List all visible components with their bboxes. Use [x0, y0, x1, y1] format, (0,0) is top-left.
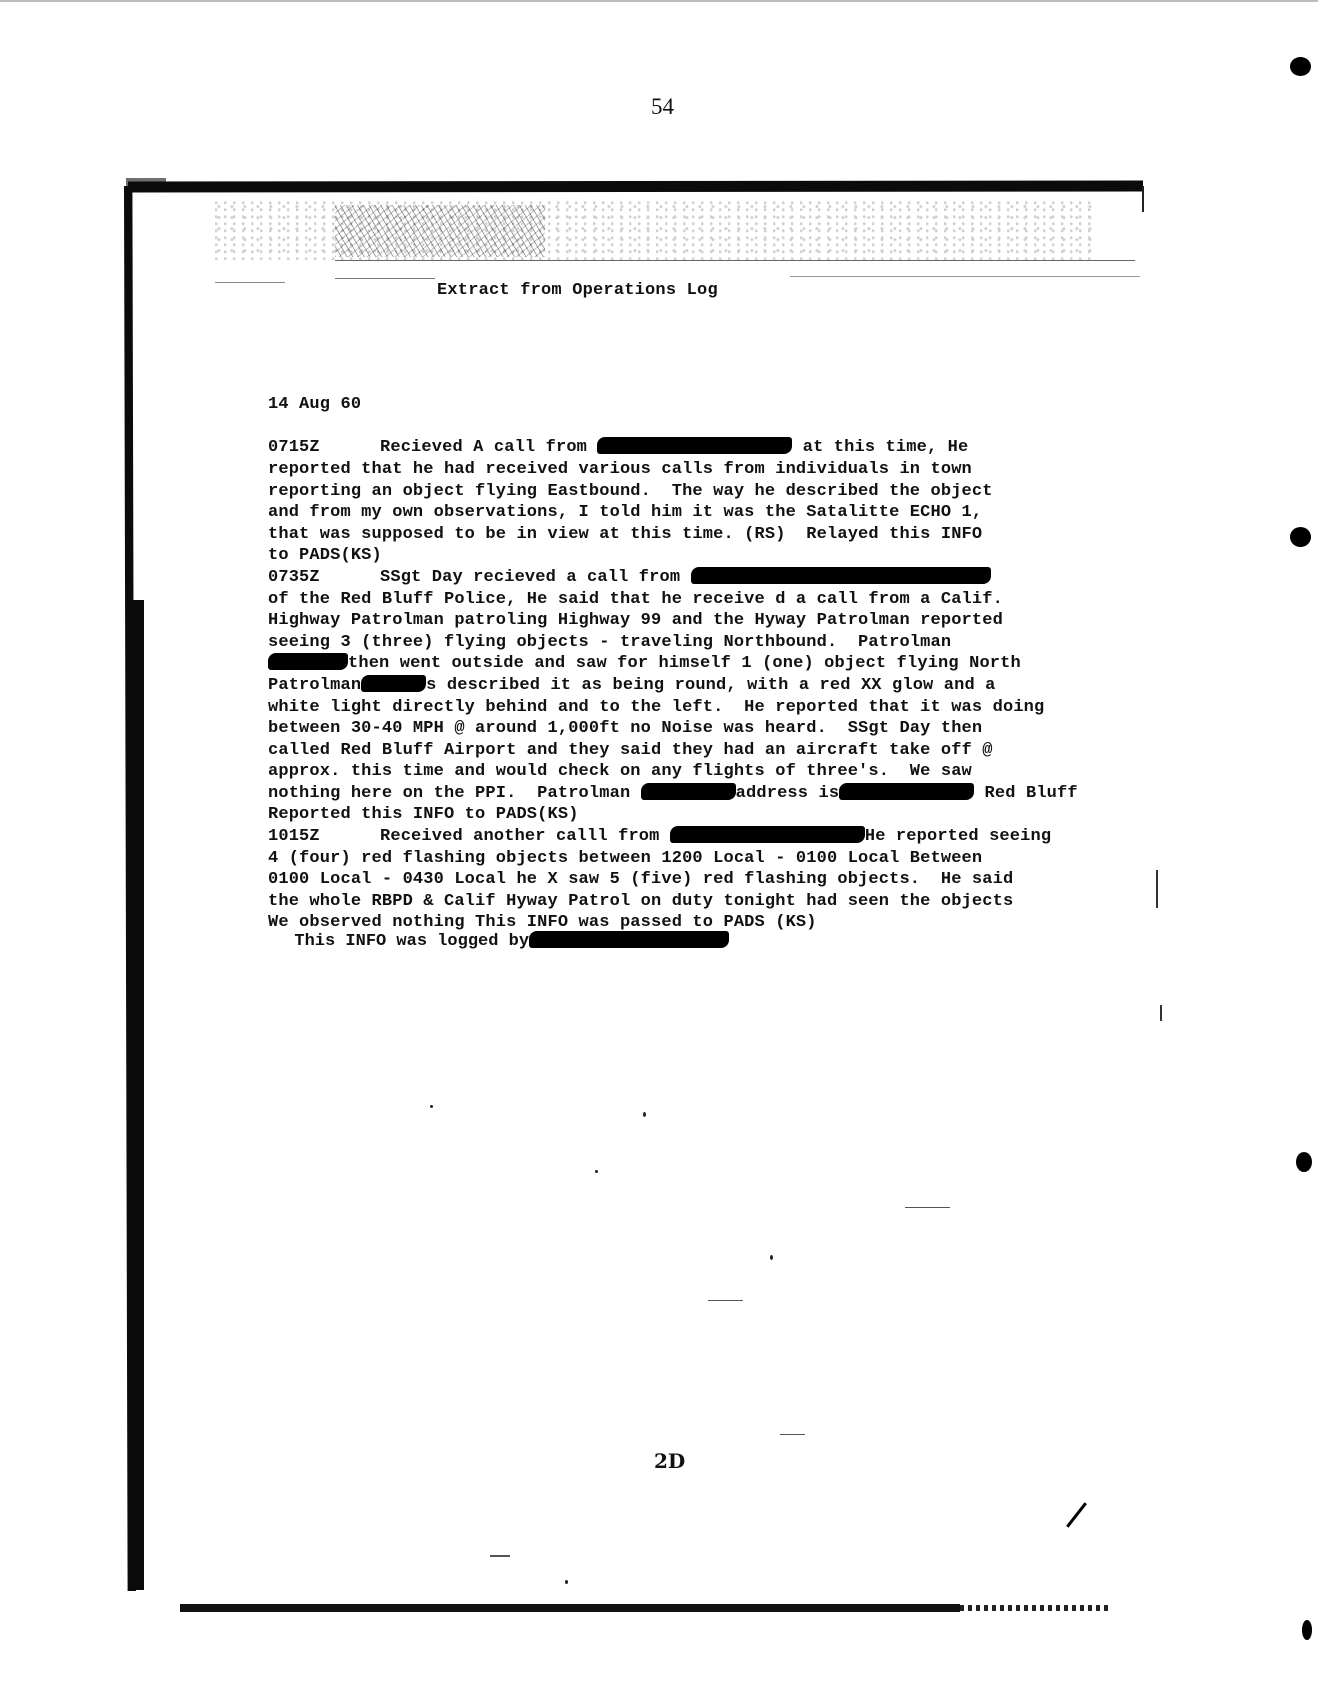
log-entry-line: nothing here on the PPI. Patrolman addre…: [268, 783, 1078, 805]
log-entry-line: Reported this INFO to PADS(KS): [268, 804, 1078, 826]
scan-top-edge: [0, 0, 1318, 2]
log-entry-first-line: 0715ZRecieved A call from at this time, …: [268, 437, 1078, 459]
log-text: of the Red Bluff Police, He said that he…: [268, 590, 1003, 609]
redaction-bar: [529, 931, 729, 948]
header-rule-mid: [335, 278, 435, 279]
log-text: nothing here on the PPI. Patrolman: [268, 784, 641, 803]
log-entry-line: of the Red Bluff Police, He said that he…: [268, 589, 1078, 611]
scan-artifact: [1160, 1005, 1162, 1021]
signature-label: This INFO was logged by: [294, 932, 529, 951]
frame-top-border: [128, 181, 1143, 193]
redaction-bar: [597, 437, 792, 454]
log-text: Reported this INFO to PADS(KS): [268, 805, 579, 824]
document-heading: Extract from Operations Log: [437, 281, 718, 300]
frame-bottom-border: [180, 1604, 960, 1612]
letterhead-obscured: [335, 205, 545, 257]
redaction-bar: [670, 826, 865, 843]
operations-log: 14 Aug 60 0715ZRecieved A call from at t…: [268, 351, 1078, 934]
log-date: 14 Aug 60: [268, 394, 1078, 416]
frame-bottom-border-fade: [960, 1605, 1110, 1611]
scan-dash: [905, 1207, 950, 1208]
log-entry-line: that was supposed to be in view at this …: [268, 524, 1078, 546]
log-text: Received another calll from: [380, 827, 670, 846]
log-entry-line: and from my own observations, I told him…: [268, 502, 1078, 524]
log-text: that was supposed to be in view at this …: [268, 525, 982, 544]
log-entry-time: 0735Z: [268, 567, 380, 589]
log-text: the whole RBPD & Calif Hyway Patrol on d…: [268, 892, 1013, 911]
redaction-bar: [641, 783, 736, 800]
log-entry-line: 4 (four) red flashing objects between 12…: [268, 848, 1078, 870]
log-text: Recieved A call from: [380, 438, 597, 457]
redaction-bar: [268, 653, 348, 670]
handwritten-mark: 2D: [654, 1449, 685, 1473]
scan-speck: [565, 1580, 568, 1584]
log-entry-first-line: 1015ZReceived another calll from He repo…: [268, 826, 1078, 848]
log-text: He reported seeing: [865, 827, 1051, 846]
frame-left-border-lower: [130, 600, 144, 1590]
log-text: approx. this time and would check on any…: [268, 762, 972, 781]
log-entry-time: 1015Z: [268, 826, 380, 848]
log-entry-line: reporting an object flying Eastbound. Th…: [268, 481, 1078, 503]
handwritten-slash: [1066, 1502, 1087, 1527]
binder-hole-2: [1290, 527, 1311, 547]
header-rule-right: [790, 276, 1140, 277]
log-text: 4 (four) red flashing objects between 12…: [268, 849, 982, 868]
log-text: SSgt Day recieved a call from: [380, 568, 691, 587]
log-text: 0100 Local - 0430 Local he X saw 5 (five…: [268, 870, 1013, 889]
log-entry-line: approx. this time and would check on any…: [268, 761, 1078, 783]
log-entry-line: then went outside and saw for himself 1 …: [268, 653, 1078, 675]
log-text: then went outside and saw for himself 1 …: [348, 654, 1021, 673]
log-text: at this time, He: [792, 438, 968, 457]
header-rule: [335, 260, 1135, 261]
log-text: s described it as being round, with a re…: [426, 676, 995, 695]
log-text: and from my own observations, I told him…: [268, 503, 982, 522]
log-entry-line: 0100 Local - 0430 Local he X saw 5 (five…: [268, 869, 1078, 891]
signature-line: This INFO was logged by: [274, 912, 729, 951]
scan-artifact: [1156, 870, 1158, 908]
log-text: seeing 3 (three) flying objects - travel…: [268, 633, 951, 652]
log-entry-line: to PADS(KS): [268, 545, 1078, 567]
header-rule-left: [215, 282, 285, 283]
log-entry-line: the whole RBPD & Calif Hyway Patrol on d…: [268, 891, 1078, 913]
log-text: to PADS(KS): [268, 546, 382, 565]
frame-right-border: [1142, 186, 1144, 212]
log-entry-line: Highway Patrolman patroling Highway 99 a…: [268, 610, 1078, 632]
log-text: called Red Bluff Airport and they said t…: [268, 741, 993, 760]
log-text: reported that he had received various ca…: [268, 460, 972, 479]
redaction-bar: [691, 567, 991, 584]
log-entry-line: called Red Bluff Airport and they said t…: [268, 740, 1078, 762]
log-text: between 30-40 MPH @ around 1,000ft no No…: [268, 719, 982, 738]
scan-speck: [770, 1255, 773, 1260]
log-entry-line: seeing 3 (three) flying objects - travel…: [268, 632, 1078, 654]
binder-hole-1: [1290, 57, 1311, 76]
scan-speck: [643, 1112, 646, 1117]
log-text: address is: [736, 784, 840, 803]
scan-dash: [780, 1434, 805, 1435]
scan-speck: [430, 1105, 433, 1108]
log-text: reporting an object flying Eastbound. Th…: [268, 482, 993, 501]
log-entry-line: reported that he had received various ca…: [268, 459, 1078, 481]
log-entry-line: Patrolmans described it as being round, …: [268, 675, 1078, 697]
page-number: 54: [651, 94, 674, 120]
log-entry-time: 0715Z: [268, 437, 380, 459]
scan-speck: [595, 1170, 598, 1173]
log-entry-first-line: 0735ZSSgt Day recieved a call from: [268, 567, 1078, 589]
log-text: Patrolman: [268, 676, 361, 695]
redaction-bar: [361, 675, 426, 692]
scan-dash: [708, 1300, 743, 1301]
log-text: Red Bluff: [974, 784, 1078, 803]
log-text: white light directly behind and to the l…: [268, 698, 1044, 717]
binder-hole-4: [1302, 1620, 1312, 1640]
log-text: Highway Patrolman patroling Highway 99 a…: [268, 611, 1003, 630]
log-entry-line: white light directly behind and to the l…: [268, 697, 1078, 719]
scan-dash: [490, 1555, 510, 1557]
binder-hole-3: [1296, 1152, 1312, 1172]
log-entry-line: between 30-40 MPH @ around 1,000ft no No…: [268, 718, 1078, 740]
redaction-bar: [839, 783, 974, 800]
